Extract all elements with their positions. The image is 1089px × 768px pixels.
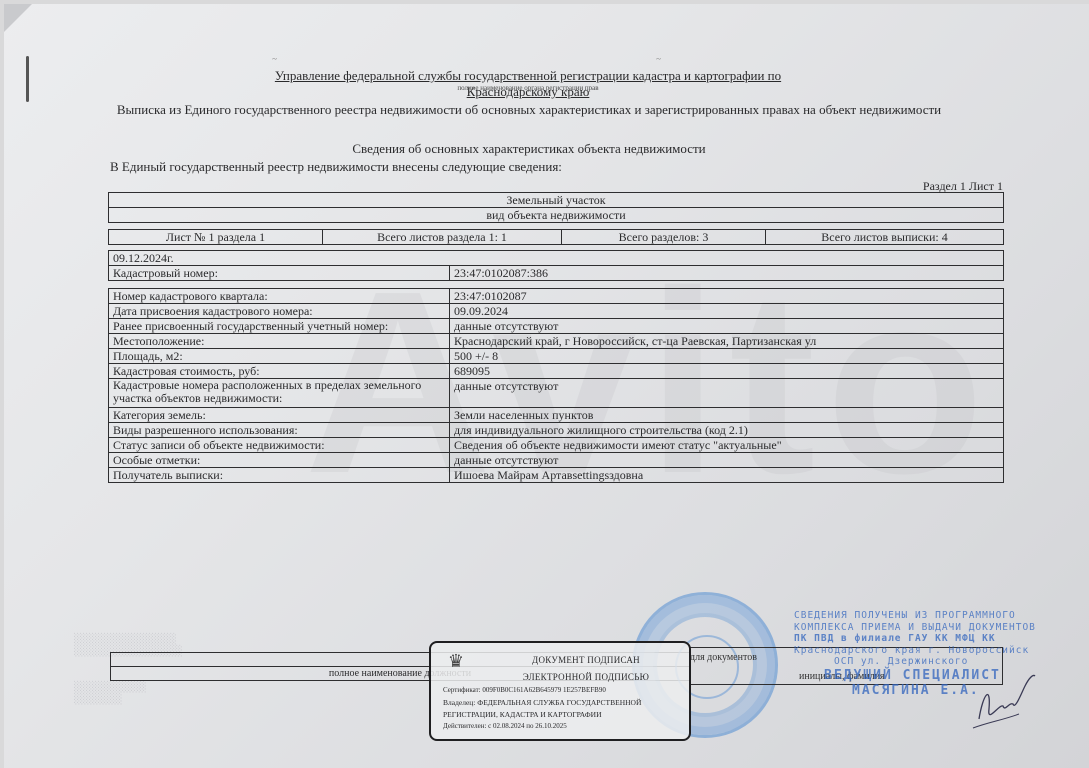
object-type-table: Земельный участок вид объекта недвижимос… (108, 192, 1004, 223)
pencil-mark: ~ (656, 54, 661, 64)
table-row: Особые отметки: данные отсутствуют (109, 453, 1004, 468)
object-type-value: Земельный участок (109, 193, 1004, 208)
esig-owner-line2: РЕГИСТРАЦИИ, КАДАСТРА И КАРТОГРАФИИ (443, 710, 602, 719)
esig-line1: ДОКУМЕНТ ПОДПИСАН (491, 655, 681, 665)
field-label: Местоположение: (109, 334, 450, 349)
characteristics-table: Номер кадастрового квартала: 23:47:01020… (108, 288, 1004, 483)
docs-fragment: для документов (690, 652, 757, 663)
esig-validity: Действителен: с 02.08.2024 по 26.10.2025 (443, 722, 567, 730)
eagle-emblem-icon: ♛ (445, 649, 467, 673)
field-value: 09.09.2024 (450, 304, 1004, 319)
cadastral-number-value: 23:47:0102087:386 (450, 266, 1004, 281)
section-title: Сведения об основных характеристиках объ… (114, 141, 944, 157)
field-value: Краснодарский край, г Новороссийск, ст-ц… (450, 334, 1004, 349)
field-label: Кадастровые номера расположенных в преде… (109, 379, 450, 408)
staple-mark (26, 56, 29, 102)
table-row: Кадастровая стоимость, руб: 689095 (109, 364, 1004, 379)
field-label: Статус записи об объекте недвижимости: (109, 438, 450, 453)
field-value: 500 +/- 8 (450, 349, 1004, 364)
field-label: Кадастровая стоимость, руб: (109, 364, 450, 379)
field-label: Особые отметки: (109, 453, 450, 468)
table-row: Местоположение: Краснодарский край, г Но… (109, 334, 1004, 349)
sheet-number: Лист № 1 раздела 1 (109, 230, 323, 245)
intro-text: В Единый государственный реестр недвижим… (110, 159, 562, 175)
table-row: Получатель выписки: Ишоева Майрам Артавs… (109, 468, 1004, 483)
mfc-stamp-line: Краснодарского края г. Новороссийск (794, 645, 1054, 657)
field-label: Номер кадастрового квартала: (109, 289, 450, 304)
table-row: Кадастровые номера расположенных в преде… (109, 379, 1004, 408)
field-value: Сведения об объекте недвижимости имеют с… (450, 438, 1004, 453)
field-label: Получатель выписки: (109, 468, 450, 483)
cadastral-number-label: Кадастровый номер: (109, 266, 450, 281)
total-sections: Всего разделов: 3 (562, 230, 766, 245)
table-row: Дата присвоения кадастрового номера: 09.… (109, 304, 1004, 319)
table-row: Категория земель: Земли населенных пункт… (109, 408, 1004, 423)
mfc-stamp-line: ПК ПВД в филиале ГАУ КК МФЦ КК (794, 633, 1054, 645)
sheets-table: Лист № 1 раздела 1 Всего листов раздела … (108, 229, 1004, 245)
table-row: Виды разрешенного использования: для инд… (109, 423, 1004, 438)
document-page: Avito ~ ~ Управление федеральной службы … (4, 4, 1089, 768)
field-label: Площадь, м2: (109, 349, 450, 364)
pencil-mark: ~ (272, 54, 277, 64)
field-value: Земли населенных пунктов (450, 408, 1004, 423)
esig-certificate: Сертификат: 009F0B0C161A62B645979 1E257B… (443, 686, 606, 694)
total-sheets: Всего листов выписки: 4 (766, 230, 1004, 245)
field-value: для индивидуального жилищного строительс… (450, 423, 1004, 438)
field-label: Виды разрешенного использования: (109, 423, 450, 438)
record-header-table: 09.12.2024г. Кадастровый номер: 23:47:01… (108, 250, 1004, 281)
field-value: 23:47:0102087 (450, 289, 1004, 304)
field-value: Ишоева Майрам Артавsettingsздовна (450, 468, 1004, 483)
field-label: Категория земель: (109, 408, 450, 423)
table-row: Ранее присвоенный государственный учетны… (109, 319, 1004, 334)
field-value: 689095 (450, 364, 1004, 379)
table-row: Статус записи об объекте недвижимости: С… (109, 438, 1004, 453)
field-value: данные отсутствуют (450, 453, 1004, 468)
object-type-caption: вид объекта недвижимости (109, 208, 1004, 223)
extract-title: Выписка из Единого государственного реес… (114, 102, 944, 118)
mfc-stamp-line: КОМПЛЕКСА ПРИЕМА И ВЫДАЧИ ДОКУМЕНТОВ (794, 622, 1054, 634)
organization-caption: полное наименование органа регистрации п… (228, 84, 828, 92)
folded-corner (4, 4, 32, 32)
field-value: данные отсутствуют (450, 319, 1004, 334)
field-label: Дата присвоения кадастрового номера: (109, 304, 450, 319)
record-date: 09.12.2024г. (109, 251, 1004, 266)
table-row: Площадь, м2: 500 +/- 8 (109, 349, 1004, 364)
electronic-signature-box: ♛ ДОКУМЕНТ ПОДПИСАН ЭЛЕКТРОННОЙ ПОДПИСЬЮ… (429, 641, 691, 741)
section-sheets: Всего листов раздела 1: 1 (323, 230, 562, 245)
table-row: Номер кадастрового квартала: 23:47:01020… (109, 289, 1004, 304)
esig-owner-line1: Владелец: ФЕДЕРАЛЬНАЯ СЛУЖБА ГОСУДАРСТВЕ… (443, 698, 641, 707)
handwritten-signature (969, 664, 1039, 734)
mfc-stamp-line: СВЕДЕНИЯ ПОЛУЧЕНЫ ИЗ ПРОГРАММНОГО (794, 610, 1054, 622)
field-label: Ранее присвоенный государственный учетны… (109, 319, 450, 334)
field-value: данные отсутствуют (450, 379, 1004, 408)
esig-line2: ЭЛЕКТРОННОЙ ПОДПИСЬЮ (491, 672, 681, 682)
